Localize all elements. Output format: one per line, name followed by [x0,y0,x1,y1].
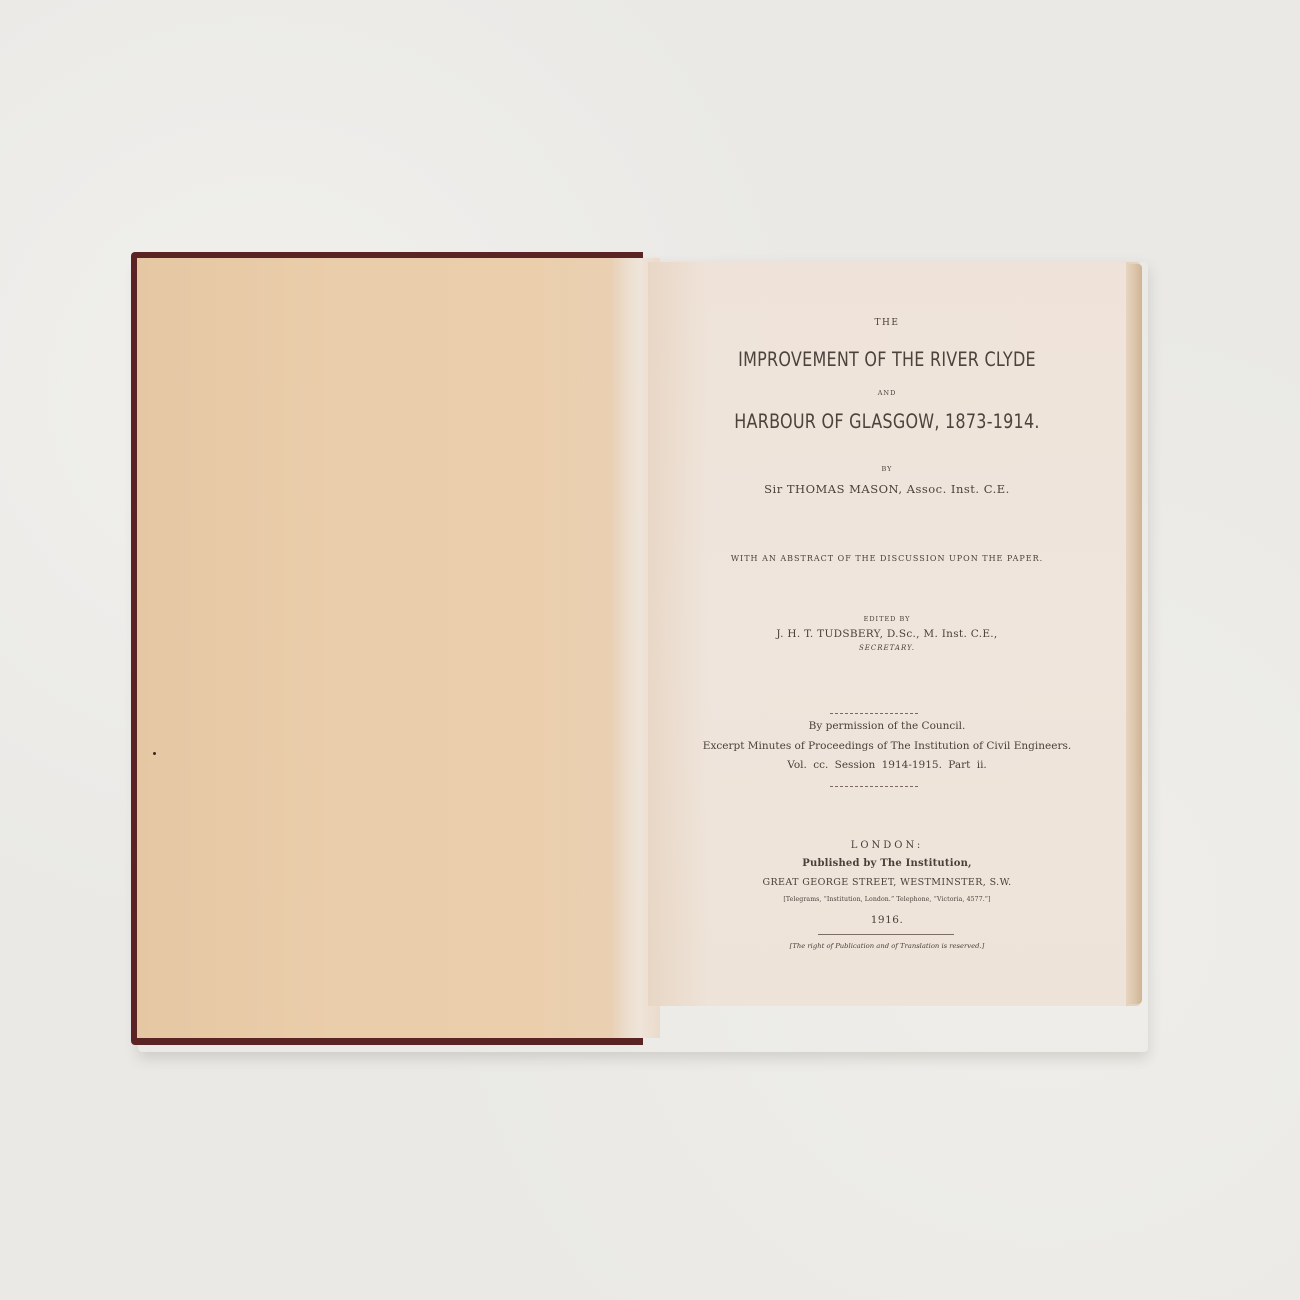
title-the: THE [648,318,1126,328]
ornamental-rule-top [830,713,918,714]
telegrams-line: [Telegrams, “Institution, London.” Telep… [648,896,1126,903]
title-and: AND [648,389,1126,397]
rights-line: [The right of Publication and of Transla… [648,942,1126,950]
by-label: BY [648,465,1126,473]
author-line: Sir THOMAS MASON, Assoc. Inst. C.E. [648,482,1126,496]
edited-by-label: EDITED BY [648,615,1126,623]
title-line-1: IMPROVEMENT OF THE RIVER CLYDE [691,348,1083,371]
permission-line: By permission of the Council. [648,720,1126,732]
left-endpaper [137,258,637,1038]
editor-role: SECRETARY. [648,644,1126,652]
ornamental-rule-bottom [830,786,918,787]
volume-line: Vol. cc. Session 1914-1915. Part ii. [648,759,1126,771]
title-line-2: HARBOUR OF GLASGOW, 1873-1914. [691,410,1083,433]
photo-scene: THE IMPROVEMENT OF THE RIVER CLYDE AND H… [0,0,1300,1300]
abstract-note: WITH AN ABSTRACT OF THE DISCUSSION UPON … [648,554,1126,563]
city-line: LONDON: [648,840,1126,851]
year-line: 1916. [648,914,1126,926]
excerpt-line: Excerpt Minutes of Proceedings of The In… [648,740,1126,752]
editor-line: J. H. T. TUDSBERY, D.Sc., M. Inst. C.E., [648,628,1126,640]
endpaper-speck [153,752,156,755]
publisher-line: Published by The Institution, [648,858,1126,869]
page-fore-edge [1124,264,1142,1004]
address-line: GREAT GEORGE STREET, WESTMINSTER, S.W. [648,877,1126,888]
title-page: THE IMPROVEMENT OF THE RIVER CLYDE AND H… [648,262,1126,1006]
rights-rule [818,934,954,935]
